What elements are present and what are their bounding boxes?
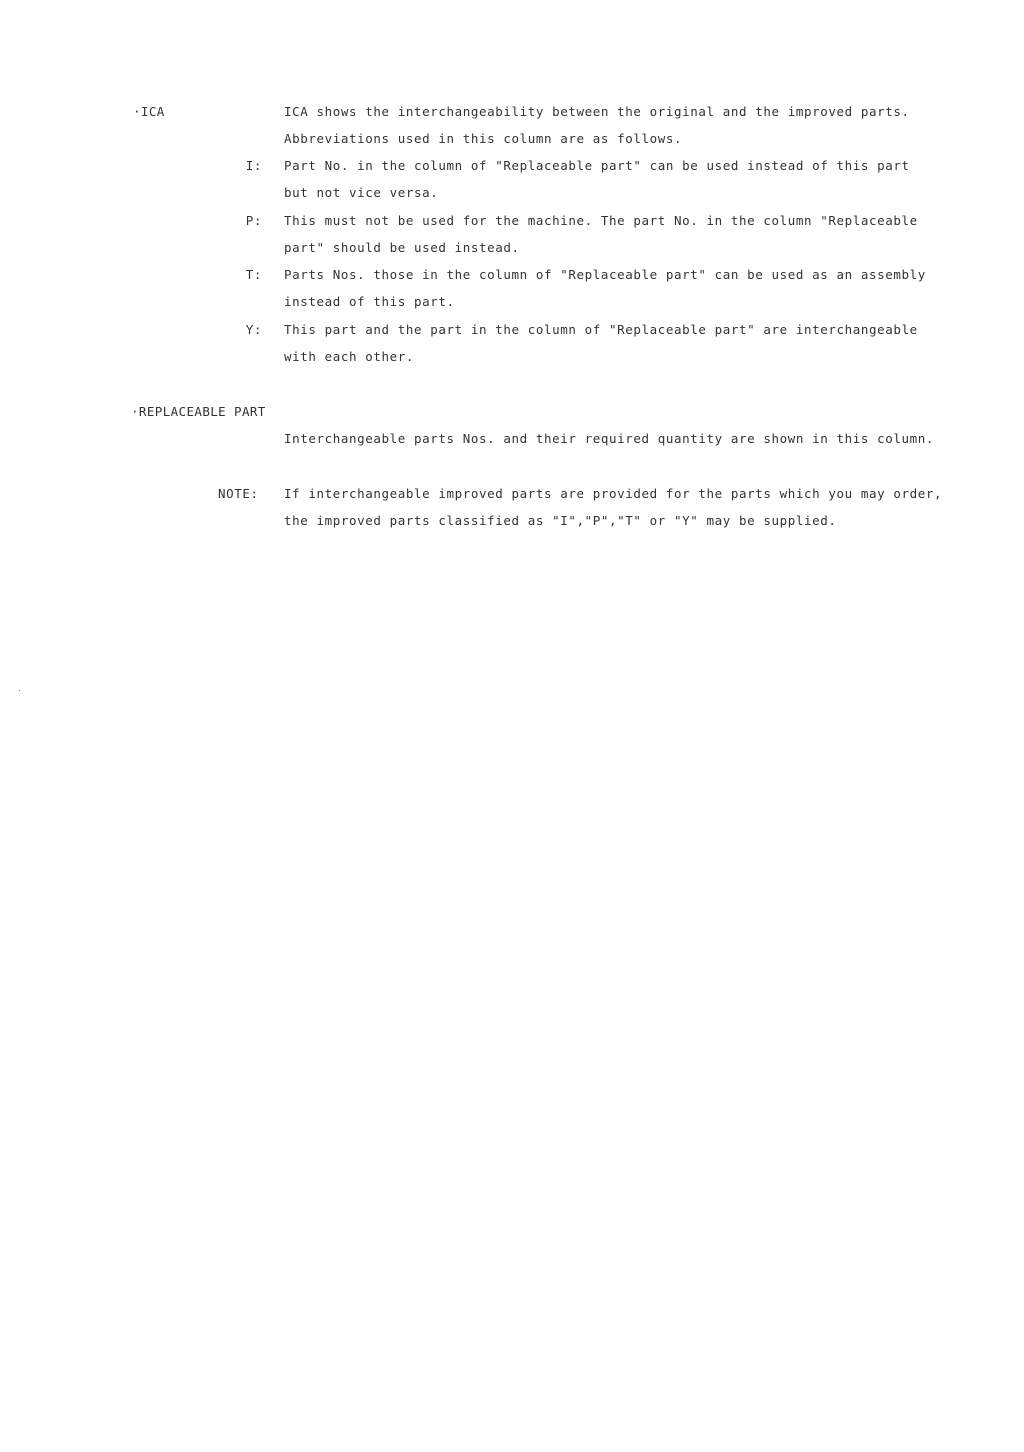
ica-section-label: ·ICA — [133, 104, 165, 120]
ica-intro-line-1: ICA shows the interchangeability between… — [284, 104, 910, 120]
abbr-y-line-1: This part and the part in the column of … — [284, 322, 918, 338]
abbr-code-t: T: — [242, 267, 262, 283]
abbr-i-line-2: but not vice versa. — [284, 185, 438, 201]
abbr-y-line-2: with each other. — [284, 349, 414, 365]
note-line-2: the improved parts classified as "I","P"… — [284, 513, 837, 529]
ica-intro-line-2: Abbreviations used in this column are as… — [284, 131, 682, 147]
note-line-1: If interchangeable improved parts are pr… — [284, 486, 942, 502]
replaceable-part-description: Interchangeable parts Nos. and their req… — [284, 431, 934, 447]
note-label: NOTE: — [218, 486, 259, 502]
replaceable-part-section-label: ·REPLACEABLE PART — [131, 404, 266, 420]
abbr-i-line-1: Part No. in the column of "Replaceable p… — [284, 158, 910, 174]
abbr-p-line-2: part" should be used instead. — [284, 240, 520, 256]
abbr-t-line-2: instead of this part. — [284, 294, 455, 310]
abbr-p-line-1: This must not be used for the machine. T… — [284, 213, 918, 229]
document-page: ·ICA ICA shows the interchangeability be… — [0, 0, 1024, 1452]
abbr-code-y: Y: — [242, 322, 262, 338]
abbr-code-i: I: — [242, 158, 262, 174]
scan-speck — [19, 690, 20, 691]
abbr-t-line-1: Parts Nos. those in the column of "Repla… — [284, 267, 926, 283]
abbr-code-p: P: — [242, 213, 262, 229]
